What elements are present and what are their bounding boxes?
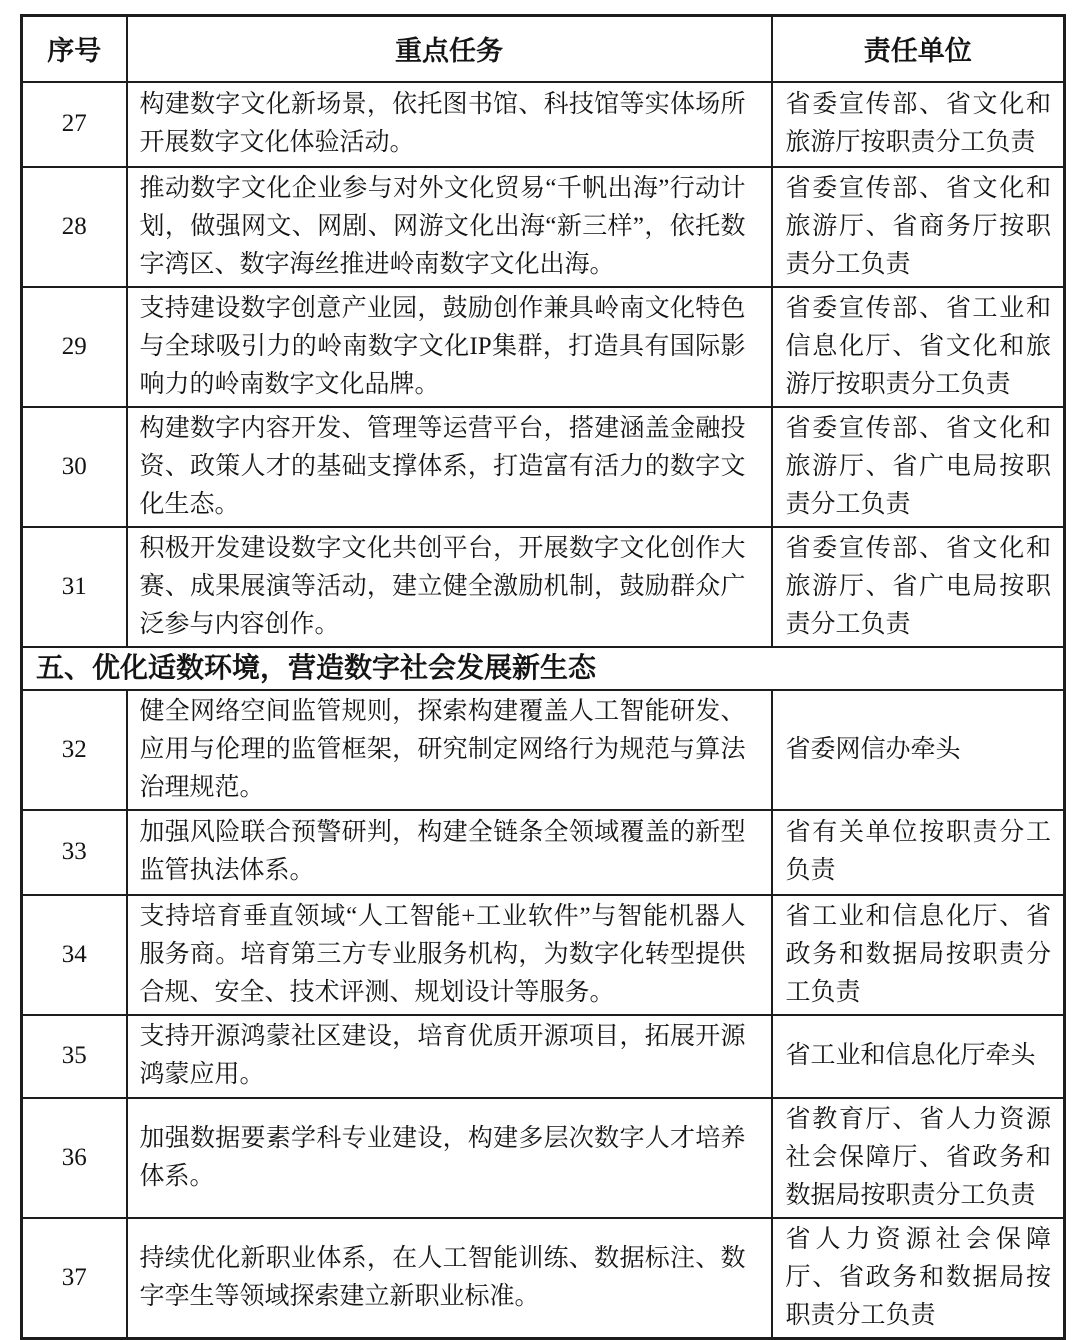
unit-cell: 省委宣传部、省文化和旅游厅、省广电局按职责分工负责: [772, 407, 1065, 527]
table-header-row: 序号 重点任务 责任单位: [22, 16, 1065, 82]
task-cell: 加强数据要素学科专业建设，构建多层次数字人才培养体系。: [127, 1098, 772, 1218]
document-page: 序号 重点任务 责任单位 27 构建数字文化新场景，依托图书馆、科技馆等实体场所…: [0, 0, 1080, 1317]
task-cell: 推动数字文化企业参与对外文化贸易“千帆出海”行动计划，做强网文、网剧、网游文化出…: [127, 167, 772, 287]
task-cell: 构建数字内容开发、管理等运营平台，搭建涵盖金融投资、政策人才的基础支撑体系，打造…: [127, 407, 772, 527]
section-header-row: 五、优化适数环境，营造数字社会发展新生态: [22, 647, 1065, 690]
serial-cell: 36: [22, 1098, 127, 1218]
section-title: 五、优化适数环境，营造数字社会发展新生态: [22, 647, 1065, 690]
key-tasks-table: 序号 重点任务 责任单位 27 构建数字文化新场景，依托图书馆、科技馆等实体场所…: [20, 14, 1066, 1340]
table-row: 32 健全网络空间监管规则，探索构建覆盖人工智能研发、应用与伦理的监管框架，研究…: [22, 690, 1065, 810]
table-row: 27 构建数字文化新场景，依托图书馆、科技馆等实体场所开展数字文化体验活动。 省…: [22, 82, 1065, 167]
table-row: 34 支持培育垂直领域“人工智能+工业软件”与智能机器人服务商。培育第三方专业服…: [22, 895, 1065, 1015]
task-cell: 支持开源鸿蒙社区建设，培育优质开源项目，拓展开源鸿蒙应用。: [127, 1015, 772, 1098]
unit-cell: 省委宣传部、省文化和旅游厅、省广电局按职责分工负责: [772, 527, 1065, 647]
table-row: 37 持续优化新职业体系，在人工智能训练、数据标注、数字孪生等领域探索建立新职业…: [22, 1218, 1065, 1339]
table-row: 36 加强数据要素学科专业建设，构建多层次数字人才培养体系。 省教育厅、省人力资…: [22, 1098, 1065, 1218]
column-header-task: 重点任务: [127, 16, 772, 82]
column-header-unit: 责任单位: [772, 16, 1065, 82]
task-cell: 支持建设数字创意产业园，鼓励创作兼具岭南文化特色与全球吸引力的岭南数字文化IP集…: [127, 287, 772, 407]
unit-cell: 省工业和信息化厅、省政务和数据局按职责分工负责: [772, 895, 1065, 1015]
serial-cell: 33: [22, 810, 127, 895]
serial-cell: 29: [22, 287, 127, 407]
task-cell: 构建数字文化新场景，依托图书馆、科技馆等实体场所开展数字文化体验活动。: [127, 82, 772, 167]
task-cell: 健全网络空间监管规则，探索构建覆盖人工智能研发、应用与伦理的监管框架，研究制定网…: [127, 690, 772, 810]
unit-cell: 省委宣传部、省文化和旅游厅按职责分工负责: [772, 82, 1065, 167]
serial-cell: 35: [22, 1015, 127, 1098]
task-cell: 支持培育垂直领域“人工智能+工业软件”与智能机器人服务商。培育第三方专业服务机构…: [127, 895, 772, 1015]
serial-cell: 32: [22, 690, 127, 810]
serial-cell: 34: [22, 895, 127, 1015]
task-cell: 积极开发建设数字文化共创平台，开展数字文化创作大赛、成果展演等活动，建立健全激励…: [127, 527, 772, 647]
unit-cell: 省有关单位按职责分工负责: [772, 810, 1065, 895]
column-header-no: 序号: [22, 16, 127, 82]
task-cell: 持续优化新职业体系，在人工智能训练、数据标注、数字孪生等领域探索建立新职业标准。: [127, 1218, 772, 1339]
unit-cell: 省委宣传部、省文化和旅游厅、省商务厅按职责分工负责: [772, 167, 1065, 287]
table-row: 30 构建数字内容开发、管理等运营平台，搭建涵盖金融投资、政策人才的基础支撑体系…: [22, 407, 1065, 527]
serial-cell: 37: [22, 1218, 127, 1339]
unit-cell: 省人力资源社会保障厅、省政务和数据局按职责分工负责: [772, 1218, 1065, 1339]
unit-cell: 省委宣传部、省工业和信息化厅、省文化和旅游厅按职责分工负责: [772, 287, 1065, 407]
task-cell: 加强风险联合预警研判，构建全链条全领域覆盖的新型监管执法体系。: [127, 810, 772, 895]
table-row: 31 积极开发建设数字文化共创平台，开展数字文化创作大赛、成果展演等活动，建立健…: [22, 527, 1065, 647]
table-row: 33 加强风险联合预警研判，构建全链条全领域覆盖的新型监管执法体系。 省有关单位…: [22, 810, 1065, 895]
serial-cell: 28: [22, 167, 127, 287]
serial-cell: 27: [22, 82, 127, 167]
table-row: 35 支持开源鸿蒙社区建设，培育优质开源项目，拓展开源鸿蒙应用。 省工业和信息化…: [22, 1015, 1065, 1098]
unit-cell: 省委网信办牵头: [772, 690, 1065, 810]
table-row: 28 推动数字文化企业参与对外文化贸易“千帆出海”行动计划，做强网文、网剧、网游…: [22, 167, 1065, 287]
unit-cell: 省工业和信息化厅牵头: [772, 1015, 1065, 1098]
serial-cell: 30: [22, 407, 127, 527]
unit-cell: 省教育厅、省人力资源社会保障厅、省政务和数据局按职责分工负责: [772, 1098, 1065, 1218]
serial-cell: 31: [22, 527, 127, 647]
table-row: 29 支持建设数字创意产业园，鼓励创作兼具岭南文化特色与全球吸引力的岭南数字文化…: [22, 287, 1065, 407]
